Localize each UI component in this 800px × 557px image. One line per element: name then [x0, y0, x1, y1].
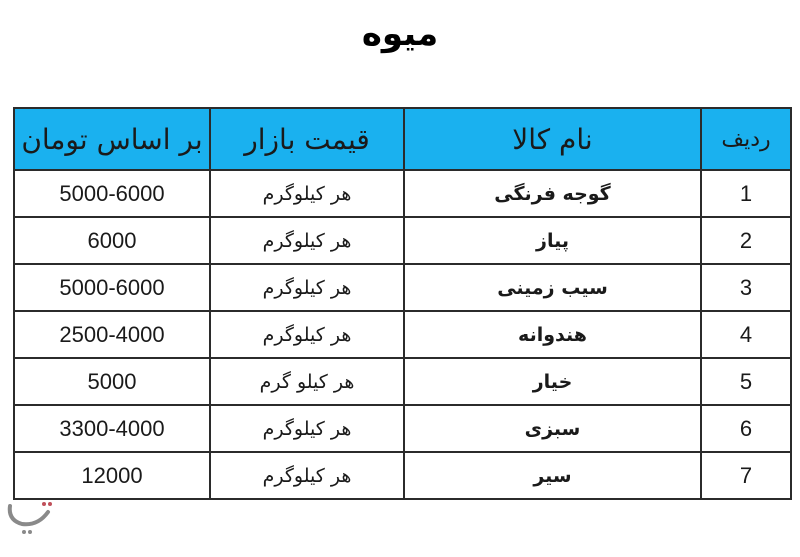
tasnim-logo-icon — [4, 498, 54, 538]
row-number: 5 — [701, 358, 791, 405]
header-price-toman: بر اساس تومان — [14, 108, 210, 170]
table-row: 4 هندوانه هر کیلوگرم 2500-4000 — [14, 311, 791, 358]
header-item-name: نام کالا — [404, 108, 701, 170]
item-unit: هر کیلوگرم — [210, 170, 404, 217]
table-row: 7 سیر هر کیلوگرم 12000 — [14, 452, 791, 499]
item-unit: هر کیلوگرم — [210, 452, 404, 499]
item-price: 3300-4000 — [14, 405, 210, 452]
item-name: خیار — [404, 358, 701, 405]
item-price: 5000-6000 — [14, 264, 210, 311]
item-name: سیر — [404, 452, 701, 499]
table-row: 3 سیب زمینی هر کیلوگرم 5000-6000 — [14, 264, 791, 311]
row-number: 6 — [701, 405, 791, 452]
item-name: سبزی — [404, 405, 701, 452]
item-price: 2500-4000 — [14, 311, 210, 358]
table-row: 6 سبزی هر کیلوگرم 3300-4000 — [14, 405, 791, 452]
item-unit: هر کیلو گرم — [210, 358, 404, 405]
item-price: 5000-6000 — [14, 170, 210, 217]
table-row: 2 پیاز هر کیلوگرم 6000 — [14, 217, 791, 264]
item-unit: هر کیلوگرم — [210, 405, 404, 452]
item-unit: هر کیلوگرم — [210, 217, 404, 264]
header-row-number: ردیف — [701, 108, 791, 170]
item-name: سیب زمینی — [404, 264, 701, 311]
item-price: 12000 — [14, 452, 210, 499]
row-number: 7 — [701, 452, 791, 499]
price-table: ردیف نام کالا قیمت بازار بر اساس تومان 1… — [13, 107, 792, 500]
header-market-price: قیمت بازار — [210, 108, 404, 170]
table-row: 1 گوجه فرنگی هر کیلوگرم 5000-6000 — [14, 170, 791, 217]
row-number: 2 — [701, 217, 791, 264]
row-number: 1 — [701, 170, 791, 217]
table-header-row: ردیف نام کالا قیمت بازار بر اساس تومان — [14, 108, 791, 170]
table-row: 5 خیار هر کیلو گرم 5000 — [14, 358, 791, 405]
item-price: 5000 — [14, 358, 210, 405]
item-name: گوجه فرنگی — [404, 170, 701, 217]
item-unit: هر کیلوگرم — [210, 311, 404, 358]
item-name: هندوانه — [404, 311, 701, 358]
row-number: 3 — [701, 264, 791, 311]
row-number: 4 — [701, 311, 791, 358]
item-unit: هر کیلوگرم — [210, 264, 404, 311]
item-price: 6000 — [14, 217, 210, 264]
item-name: پیاز — [404, 217, 701, 264]
page-title: میوه — [0, 14, 800, 54]
